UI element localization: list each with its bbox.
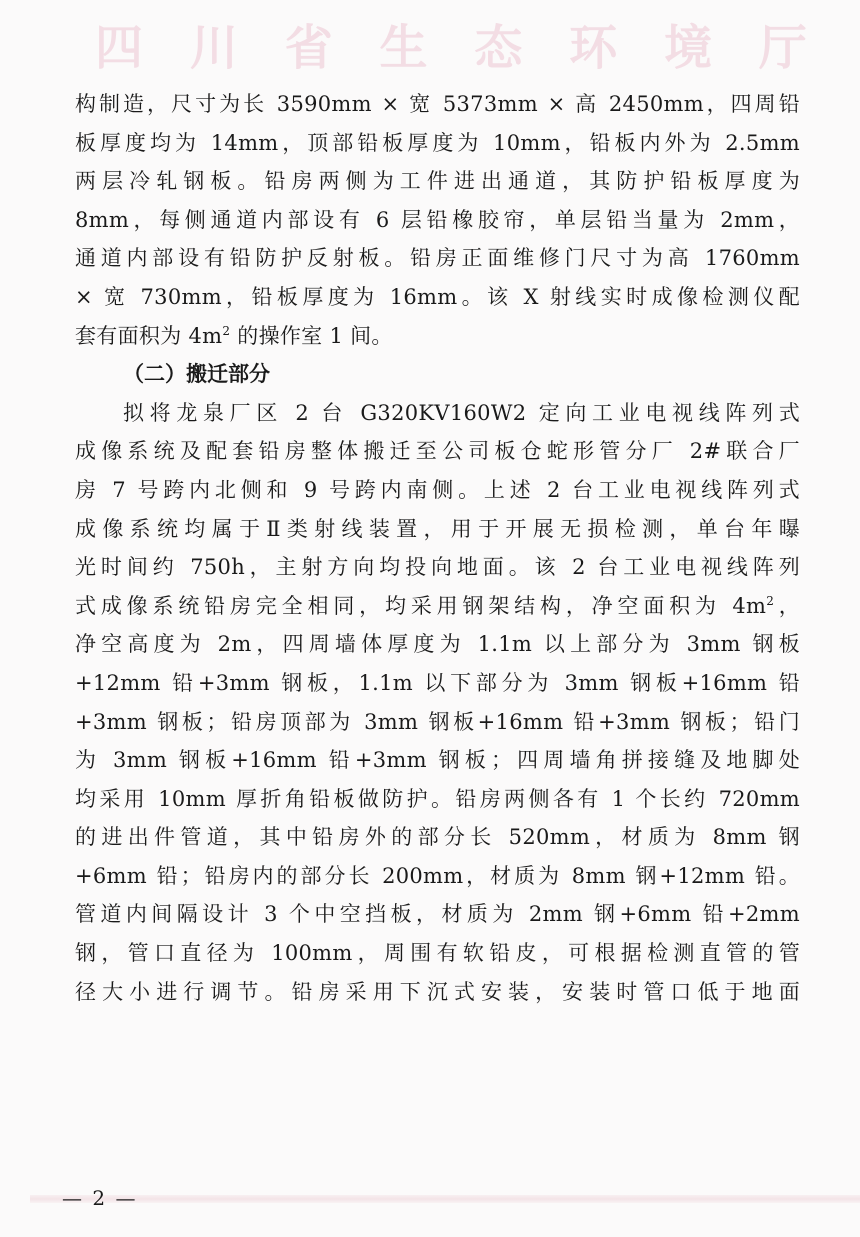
watermark-char: 厅 (759, 9, 815, 78)
section-heading: （二）搬迁部分 (75, 355, 800, 394)
watermark-char: 生 (380, 9, 436, 78)
text-line: 成像系统及配套铅房整体搬迁至公司板仓蛇形管分厂 2#联合厂 (75, 432, 800, 471)
text-line: 钢，管口直径为 100mm，周围有软铅皮，可根据检测直管的管 (75, 934, 800, 973)
watermark-char: 省 (285, 9, 341, 78)
superscript: 2 (766, 594, 774, 608)
watermark-char: 态 (474, 9, 530, 78)
text-line: 房 7 号跨内北侧和 9 号跨内南侧。上述 2 台工业电视线阵列式 (75, 471, 800, 510)
watermark-char: 四 (95, 9, 151, 78)
text-run: 的操作室 1 间。 (230, 324, 392, 348)
footer-stamp-band (30, 1195, 860, 1203)
text-line: 成像系统均属于Ⅱ类射线装置，用于开展无损检测，单台年曝 (75, 510, 800, 549)
text-line: +12mm 铅+3mm 钢板，1.1m 以下部分为 3mm 钢板+16mm 铅 (75, 664, 800, 703)
document-page: 构制造，尺寸为长 3590mm × 宽 5373mm × 高 2450mm，四周… (75, 85, 800, 1011)
text-run: 式成像系统铅房完全相同，均采用钢架结构，净空面积为 4m (75, 594, 766, 618)
text-line: +6mm 铅；铅房内的部分长 200mm，材质为 8mm 钢+12mm 铅。 (75, 857, 800, 896)
text-line: 光时间约 750h，主射方向均投向地面。该 2 台工业电视线阵列 (75, 548, 800, 587)
paragraph-continued: 构制造，尺寸为长 3590mm × 宽 5373mm × 高 2450mm，四周… (75, 85, 800, 355)
red-seal-watermark: 四 川 省 生 态 环 境 厅 (95, 18, 815, 68)
text-line: +3mm 钢板；铅房顶部为 3mm 钢板+16mm 铅+3mm 钢板；铅门 (75, 703, 800, 742)
text-line: 径大小进行调节。铅房采用下沉式安装，安装时管口低于地面 (75, 973, 800, 1012)
text-line: 通道内部设有铅防护反射板。铅房正面维修门尺寸为高 1760mm (75, 239, 800, 278)
text-run: 套有面积为 4m (75, 324, 222, 348)
text-line: 构制造，尺寸为长 3590mm × 宽 5373mm × 高 2450mm，四周… (75, 85, 800, 124)
text-line: × 宽 730mm，铅板厚度为 16mm。该 X 射线实时成像检测仪配 (75, 278, 800, 317)
text-line: 拟将龙泉厂区 2 台 G320KV160W2 定向工业电视线阵列式 (75, 394, 800, 433)
page-number: — 2 — (62, 1186, 137, 1210)
watermark-char: 环 (569, 9, 625, 78)
text-line: 均采用 10mm 厚折角铅板做防护。铅房两侧各有 1 个长约 720mm (75, 780, 800, 819)
text-line: 净空高度为 2m，四周墙体厚度为 1.1m 以上部分为 3mm 钢板 (75, 625, 800, 664)
paragraph-relocation: 拟将龙泉厂区 2 台 G320KV160W2 定向工业电视线阵列式 成像系统及配… (75, 394, 800, 1012)
text-line: 8mm，每侧通道内部设有 6 层铅橡胶帘，单层铅当量为 2mm， (75, 201, 800, 240)
text-line: 两层冷轧钢板。铅房两侧为工件进出通道，其防护铅板厚度为 (75, 162, 800, 201)
text-line: 的进出件管道，其中铅房外的部分长 520mm，材质为 8mm 钢 (75, 818, 800, 857)
text-line: 管道内间隔设计 3 个中空挡板，材质为 2mm 钢+6mm 铅+2mm (75, 895, 800, 934)
watermark-char: 境 (664, 9, 720, 78)
text-line: 为 3mm 钢板+16mm 铅+3mm 钢板；四周墙角拼接缝及地脚处 (75, 741, 800, 780)
text-line: 板厚度均为 14mm，顶部铅板厚度为 10mm，铅板内外为 2.5mm (75, 124, 800, 163)
text-line: 套有面积为 4m2 的操作室 1 间。 (75, 317, 800, 356)
text-line: 式成像系统铅房完全相同，均采用钢架结构，净空面积为 4m2， (75, 587, 800, 626)
watermark-char: 川 (190, 9, 246, 78)
text-run: ， (774, 594, 800, 618)
